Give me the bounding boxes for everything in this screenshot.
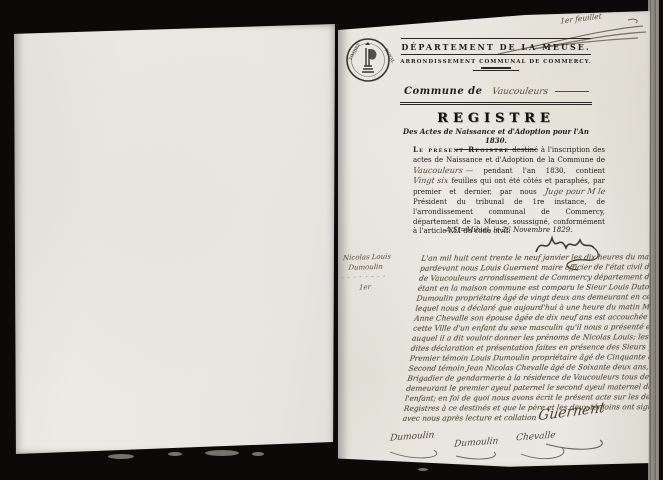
divider xyxy=(401,38,591,39)
commune-handwritten-value: Vaucouleurs xyxy=(491,87,549,97)
text-line: Juge pour M le xyxy=(544,187,606,197)
divider xyxy=(401,54,591,55)
register-title-page: TIMBRE ROYAL 1er feuillet DÉPARTEMENT DE… xyxy=(338,8,650,470)
birth-act-handwritten-text: L'an mil huit cent trente le neuf janvie… xyxy=(402,252,650,424)
ornament-rule xyxy=(473,70,519,71)
text-line: Le présent Registre xyxy=(413,145,509,154)
text-line: Vingt six xyxy=(412,176,449,186)
divider xyxy=(400,104,592,105)
ornament-rule xyxy=(481,67,511,69)
divider xyxy=(400,102,592,103)
commune-line: Commune de Vaucouleurs xyxy=(398,79,594,98)
scan-debris xyxy=(418,468,428,471)
svg-text:TIMBRE: TIMBRE xyxy=(348,42,362,62)
blank-verso-page xyxy=(14,24,335,454)
register-declaration-paragraph: Le présent Registre destiné à l'inscript… xyxy=(413,145,605,237)
timbre-royal-stamp-icon: TIMBRE ROYAL xyxy=(344,36,392,84)
scan-debris xyxy=(168,452,182,456)
text-line: pendant l'an 1830, contient xyxy=(473,167,605,175)
printed-header: DÉPARTEMENT DE LA MEUSE. ARRONDISSEMENT … xyxy=(398,38,594,150)
register-subtitle: Des Actes de Naissance et d'Adoption pou… xyxy=(398,127,594,145)
signature-flourish-underlines xyxy=(386,440,616,466)
archival-scan-viewport: { "scan": { "folio_annotation": "1er feu… xyxy=(0,0,663,480)
register-title: REGISTRE xyxy=(398,111,594,126)
scan-debris xyxy=(252,452,264,456)
pen-dash xyxy=(555,91,589,92)
act-margin-note: Nicolas Louis Dumoulin - - - - - - - - 1… xyxy=(341,251,410,293)
text-line: Vaucouleurs — xyxy=(412,166,474,176)
scan-debris xyxy=(108,454,134,459)
departement-heading: DÉPARTEMENT DE LA MEUSE. xyxy=(398,42,594,52)
arrondissement-heading: ARRONDISSEMENT COMMUNAL DE COMMERCY. xyxy=(398,59,594,65)
commune-label: Commune de xyxy=(404,86,483,97)
scan-debris xyxy=(205,450,239,456)
